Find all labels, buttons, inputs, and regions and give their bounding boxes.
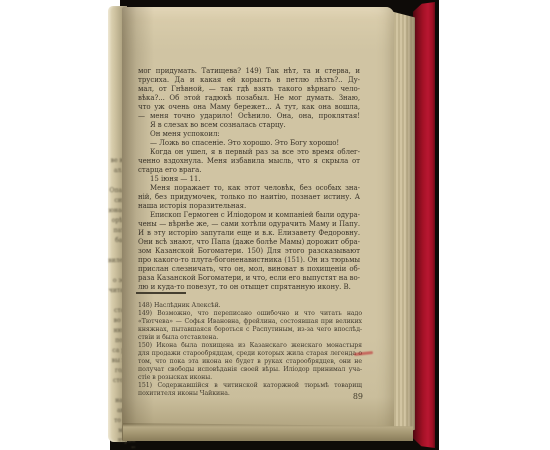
body-text-line: наша исторія поразительная.	[138, 202, 360, 211]
footnote-line: похитителя иконы Чайкина.	[138, 390, 362, 398]
body-text-line: мог придумать. Татищева? 149) Так нѣт, т…	[138, 67, 360, 76]
body-text-line: про какого-то плута-богоненавистника (15…	[138, 256, 360, 265]
book-photo: ве вѣчал. (в Опал всипѣ.юнаа Ворѣ утпату…	[108, 0, 439, 450]
body-text-line: что уж очень она Маму бережет... А тут, …	[138, 103, 360, 112]
body-text-line: — Ложь во спасеніе. Это хорошо. Это Богу…	[138, 139, 360, 148]
footnote-line: княжнах, пытавшаяся бороться с Распутины…	[138, 326, 362, 334]
body-text-line: зом Казанской Богоматери. 150) Для этого…	[138, 247, 360, 256]
body-text-line: ченно вздохнула. Меня избавила мысль, чт…	[138, 157, 360, 166]
body-text-line: Он меня успокоил:	[138, 130, 360, 139]
footnote-line: «Тютчева» — Софья Ивановна, фрейлина, со…	[138, 318, 362, 326]
body-text-line: вѣка?... Об этой гадюкѣ позабыл. Не мог …	[138, 94, 360, 103]
body-text-line: И в эту исторію запутали еще и в.к. Елиз…	[138, 229, 360, 238]
body-text-line: мал, от Гнѣвной, — так гдѣ взять такого …	[138, 85, 360, 94]
body-text-line: Я в слезах во всем созналась старцу.	[138, 121, 360, 130]
page-text: мог придумать. Татищева? 149) Так нѣт, т…	[138, 67, 360, 292]
body-text-line: — меня точно ударило! Осѣнило. Она, она,…	[138, 112, 360, 121]
body-text-line: трусиха. Да и какая ей корысть в петлю л…	[138, 76, 360, 85]
body-text-line: Они всѣ знают, что Папа (даже болѣе Мамы…	[138, 238, 360, 247]
screenshot: ве вѣчал. (в Опал всипѣ.юнаа Ворѣ утпату…	[0, 0, 550, 450]
footnote-line: том, что пока эта икона не будет в руках…	[138, 358, 362, 366]
body-text-line: прислан слезничать, что он, мол, виноват…	[138, 265, 360, 274]
footnote-line: стіе в розысках иконы.	[138, 374, 362, 382]
footnote-line: получат свободы исповѣданія своей вѣры. …	[138, 366, 362, 374]
body-text-line: чены — вѣрнѣе же, — сами хотѣли одурачит…	[138, 220, 360, 229]
body-text-line: Епископ Гермоген с Иліодором и компаніей…	[138, 211, 360, 220]
body-text-line: Когда он ушел, я в первый раз за все это…	[138, 148, 360, 157]
footnotes: 148) Наслѣдник Алексѣй.149) Возможно, чт…	[138, 302, 362, 398]
footnote-line: 149) Возможно, что переписано ошибочно и…	[138, 310, 362, 318]
footnote-line: ствіи и была отставлена.	[138, 334, 362, 342]
footnote-line: 151) Содержавшійся в читинской каторжной…	[138, 382, 362, 390]
body-text-line: ній, без придумочек, только по наитію, п…	[138, 193, 360, 202]
body-text-line: Меня поражает то, как этот человѣк, без …	[138, 184, 360, 193]
footnote-line: для продажи старообрядцам, среди которых…	[138, 350, 362, 358]
book-red-cover-edge	[413, 2, 435, 448]
page-number: 89	[338, 392, 363, 401]
book-fore-edge-pages	[392, 8, 415, 440]
body-text-line: 15 іюня — 11.	[138, 175, 360, 184]
body-text-line: раза Казанской Богоматери, и что, если е…	[138, 274, 360, 283]
footnote-separator	[136, 292, 186, 294]
footnote-line: 148) Наслѣдник Алексѣй.	[138, 302, 362, 310]
body-text-line: старца его врага.	[138, 166, 360, 175]
body-text-line: лю и куда-то повезут, то он отыщет спрят…	[138, 283, 360, 292]
footnote-line: 150) Икона была похищена из Казанскаго ж…	[138, 342, 362, 350]
